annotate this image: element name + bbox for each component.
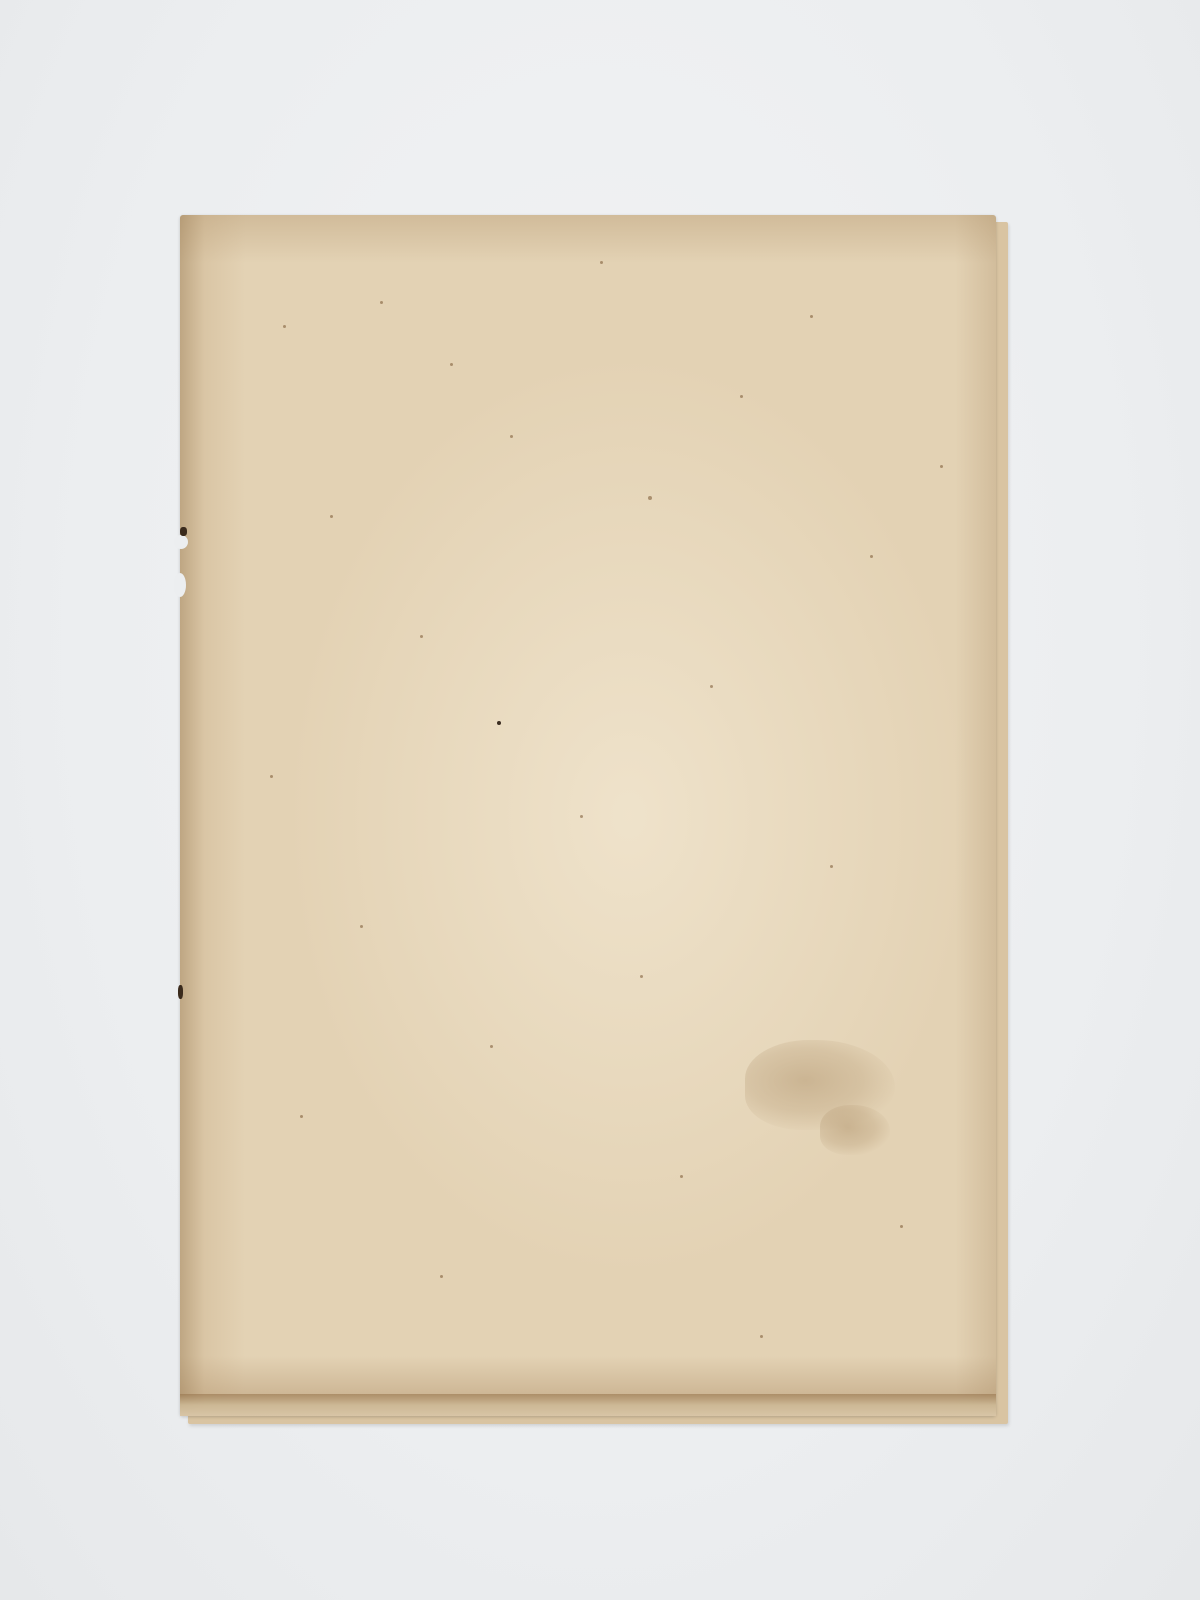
foxing-spot	[270, 775, 273, 778]
foxing-spot	[810, 315, 813, 318]
foxing-spot	[420, 635, 423, 638]
foxing-spot	[940, 465, 943, 468]
foxing-spot	[710, 685, 713, 688]
foxing-spot	[300, 1115, 303, 1118]
foxing-spot	[580, 815, 583, 818]
foxing-spot	[330, 515, 333, 518]
edge-tear-mark	[178, 985, 183, 999]
foxing-spot	[360, 925, 363, 928]
foxing-spot	[600, 261, 603, 264]
foxing-spot	[380, 301, 383, 304]
foxing-spot	[740, 395, 743, 398]
foxing-spot	[680, 1175, 683, 1178]
photo-scene	[0, 0, 1200, 1600]
foxing-spot	[510, 435, 513, 438]
aged-paper-sheet	[180, 215, 996, 1416]
foxing-spot	[283, 325, 286, 328]
foxing-spot	[900, 1225, 903, 1228]
foxing-spot	[760, 1335, 763, 1338]
edge-tear	[174, 535, 188, 549]
foxing-spot	[440, 1275, 443, 1278]
foxing-spot	[450, 363, 453, 366]
foxing-spot	[648, 496, 652, 500]
foxing-spot	[490, 1045, 493, 1048]
foxing-spot	[497, 721, 501, 725]
edge-tear	[174, 573, 186, 597]
edge-tear-mark	[180, 527, 187, 536]
water-stain-secondary	[820, 1105, 890, 1155]
foxing-spot	[640, 975, 643, 978]
sheet-bottom-edge	[180, 1394, 996, 1416]
foxing-spot	[830, 865, 833, 868]
foxing-spot	[870, 555, 873, 558]
